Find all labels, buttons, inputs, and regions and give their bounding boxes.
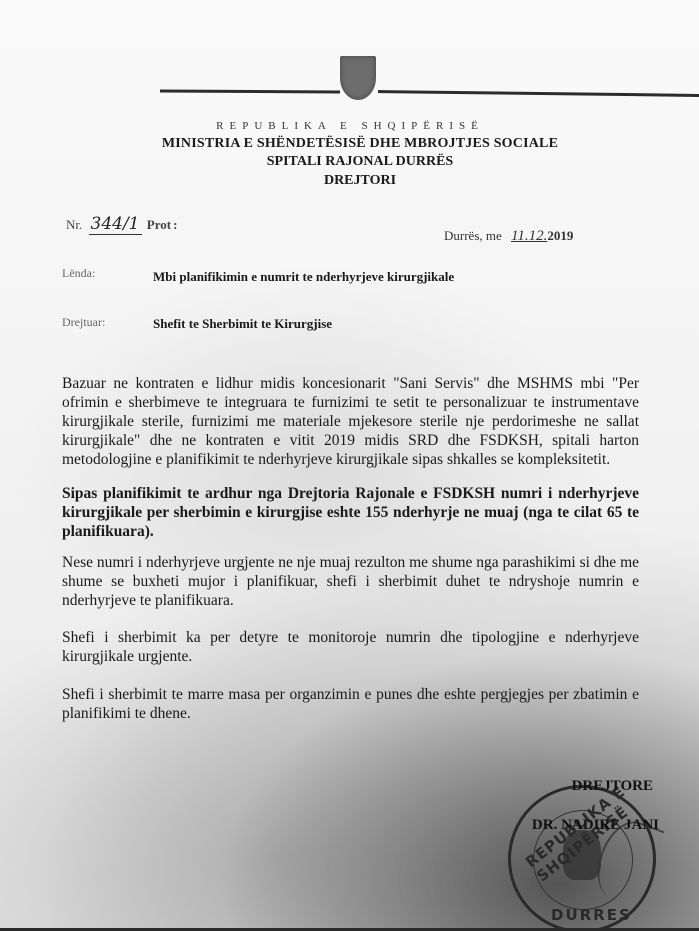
addressee-label: Drejtuar:: [62, 315, 105, 330]
prot-label: Prot: [147, 217, 171, 232]
signatory-name: DR. NADIRE JANI: [532, 817, 659, 834]
nr-value: 344/1: [89, 214, 142, 235]
document-date: Durrës, me 11.12.2019: [444, 228, 573, 245]
body-paragraph-2: Sipas planifikimit te ardhur nga Drejtor…: [62, 484, 639, 541]
header-rule-right: [378, 90, 699, 97]
body-paragraph-4: Shefi i sherbimit ka per detyre te monit…: [62, 628, 639, 666]
date-handwritten: 11.12.: [511, 228, 547, 244]
nr-label: Nr.: [66, 217, 82, 232]
signatory-title: DREJTORE: [572, 778, 653, 795]
reference-number: Nr. 344/1 Prot:: [66, 214, 177, 234]
stamp-bottom-text: DURRES: [551, 906, 632, 924]
body-paragraph-5: Shefi i sherbimit te marre masa per orga…: [62, 685, 639, 723]
office-name: DREJTORI: [210, 173, 510, 189]
body-paragraph-3: Nese numri i nderhyrjeve urgjente ne nje…: [62, 553, 639, 610]
document-page: REPUBLIKA E SHQIPËRISË MINISTRIA E SHËND…: [0, 0, 699, 931]
country-name: REPUBLIKA E SHQIPËRISË: [170, 120, 530, 132]
header-rule-left: [160, 90, 340, 94]
subject-value: Mbi planifikimin e numrit te nderhyrjeve…: [153, 269, 454, 285]
ministry-name: MINISTRIA E SHËNDETËSISË DHE MBROJTJES S…: [150, 136, 570, 152]
place-label: Durrës, me: [444, 228, 502, 243]
body-paragraph-1: Bazuar ne kontraten e lidhur midis konce…: [62, 374, 639, 469]
prot-colon: :: [173, 217, 177, 232]
addressee-value: Shefit te Sherbimit te Kirurgjise: [153, 316, 332, 332]
date-year: 2019: [547, 228, 573, 243]
subject-label: Lënda:: [62, 266, 95, 281]
institution-name: SPITALI RAJONAL DURRËS: [210, 154, 510, 170]
coat-of-arms-icon: [340, 56, 376, 100]
